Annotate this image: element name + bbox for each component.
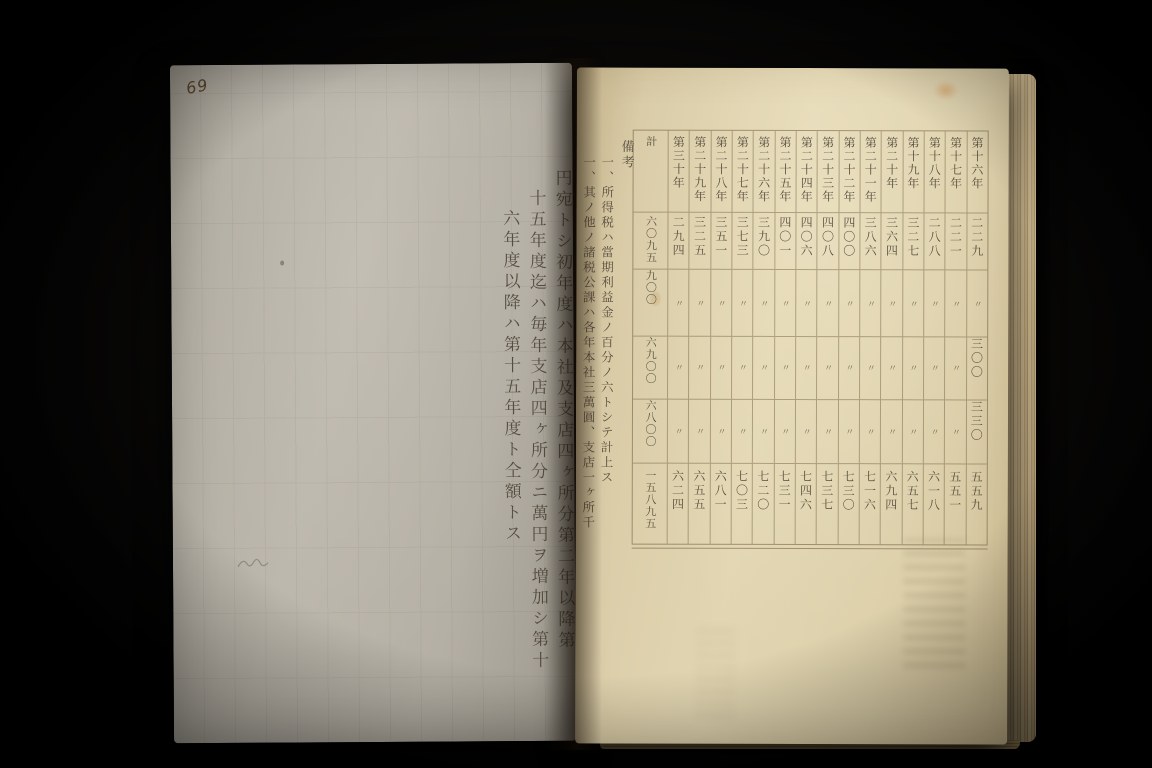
column-header: 第二十五年	[775, 131, 796, 213]
value-cell: 五五一	[945, 465, 966, 545]
ditto-cell: 〃	[881, 337, 901, 400]
value-cell: 四〇八	[818, 213, 838, 271]
value-cell: 三〇〇	[967, 337, 987, 400]
column-header: 第二十九年	[690, 131, 711, 213]
value-cell: 六五七	[902, 465, 923, 545]
column-header: 第二十年	[882, 131, 903, 213]
value-cell: 二二九	[967, 213, 987, 271]
column-header: 第十九年	[903, 131, 924, 213]
ditto-cell: 〃	[860, 400, 880, 465]
ditto-cell: 〃	[796, 270, 817, 337]
table-column: 第二十九年三二五〃〃〃六五五	[688, 131, 710, 544]
ditto-cell: 〃	[689, 399, 709, 464]
table-column: 第十八年二八八〃〃〃六一八	[923, 131, 945, 544]
ditto-cell: 〃	[689, 337, 709, 400]
column-header: 計	[634, 131, 668, 213]
ditto-cell: 〃	[796, 400, 816, 465]
table-column: 第二十六年三九〇〃〃〃七二〇	[752, 131, 774, 544]
remarks-column: 備考 一、所得税ハ當期利益金ノ百分ノ六トシテ計上ス 一、其ノ他ノ諸税公課ハ各年本…	[577, 139, 635, 743]
ditto-cell: 〃	[775, 337, 795, 400]
value-cell: 七三七	[817, 464, 838, 544]
ditto-cell: 〃	[775, 400, 795, 465]
ditto-cell: 〃	[668, 399, 688, 464]
value-cell: 六九四	[881, 465, 902, 545]
ditto-cell: 〃	[839, 400, 859, 465]
column-header: 第二十六年	[754, 131, 775, 213]
table-column: 第二十三年四〇八〃〃〃七三七	[816, 131, 838, 544]
ditto-cell: 〃	[753, 337, 773, 400]
column-header: 第十七年	[946, 131, 967, 213]
photo-background: 69 円宛トシ初年度ハ本社及支店四ヶ所分第二年以降第 十五年度迄ハ毎年支店四ヶ所…	[0, 0, 1152, 768]
ditto-cell: 〃	[882, 271, 903, 338]
column-header: 第二十八年	[711, 131, 732, 213]
ditto-cell: 〃	[903, 400, 923, 465]
faint-stamp-smudge	[933, 80, 959, 100]
book-fore-edge-pages	[1004, 74, 1036, 742]
ditto-cell: 〃	[668, 270, 689, 337]
note-line: 十五年度迄ハ毎年支店四ヶ所分ニ萬円ヲ増加シ第十	[522, 169, 552, 735]
value-cell: 四〇一	[775, 213, 795, 271]
value-cell: 四〇六	[796, 213, 816, 271]
value-cell: 九〇〇	[633, 270, 667, 337]
handwritten-note-left-page: 円宛トシ初年度ハ本社及支店四ヶ所分第二年以降第 十五年度迄ハ毎年支店四ヶ所分ニ萬…	[491, 169, 578, 736]
ditto-cell: 〃	[945, 400, 965, 465]
ditto-cell: 〃	[711, 270, 732, 337]
value-cell: 一五八九五	[633, 464, 667, 544]
ditto-cell: 〃	[668, 337, 688, 400]
value-cell: 七一六	[860, 465, 881, 545]
ditto-cell: 〃	[818, 270, 839, 337]
remarks-header: 備考	[614, 140, 634, 744]
ditto-cell: 〃	[711, 337, 731, 400]
value-cell: 七四六	[796, 464, 817, 544]
ditto-cell: 〃	[817, 400, 837, 465]
column-header: 第十六年	[967, 131, 988, 213]
value-cell: 三八六	[860, 213, 880, 271]
value-cell: 六九〇〇	[633, 337, 667, 400]
value-cell: 七三〇	[838, 464, 859, 544]
ditto-cell: 〃	[903, 337, 923, 400]
table-column: 第二十一年三八六〃〃〃七一六	[859, 131, 881, 544]
ditto-cell: 〃	[860, 271, 881, 338]
value-cell: 六五五	[689, 464, 710, 544]
ditto-cell: 〃	[732, 270, 753, 337]
value-cell: 三五一	[711, 212, 731, 270]
table-column: 第二十四年四〇六〃〃〃七四六	[795, 131, 817, 544]
value-cell: 六八一	[710, 464, 731, 544]
value-cell: 三三〇	[967, 400, 987, 465]
remark-line: 一、所得税ハ當期利益金ノ百分ノ六トシテ計上ス	[596, 139, 616, 743]
value-cell: 七〇三	[732, 464, 753, 544]
ditto-cell: 〃	[945, 337, 965, 400]
value-cell: 七二〇	[753, 464, 774, 544]
ditto-cell: 〃	[839, 270, 860, 337]
table-column: 第十六年二二九〃三〇〇三三〇五五九	[965, 131, 987, 544]
ditto-cell: 〃	[903, 271, 924, 338]
yearly-figures-table: 第十六年二二九〃三〇〇三三〇五五九第十七年二二一〃〃〃五五一第十八年二八八〃〃〃…	[632, 130, 989, 546]
ditto-cell: 〃	[754, 270, 775, 337]
remark-line: 一、其ノ他ノ諸税公課ハ各年本社三萬圓、支店一ヶ所千	[578, 139, 598, 743]
column-header: 第二十一年	[861, 131, 882, 213]
value-cell: 六一八	[924, 465, 945, 545]
column-header: 第十八年	[925, 131, 946, 213]
table-column: 第二十七年三七三〃〃〃七〇三	[731, 131, 753, 544]
value-cell: 三二七	[903, 213, 923, 271]
column-header: 第二十三年	[818, 131, 839, 213]
ditto-cell: 〃	[796, 337, 816, 400]
ditto-cell: 〃	[753, 400, 773, 465]
value-cell: 三七三	[732, 212, 752, 270]
value-cell: 五五九	[966, 465, 987, 545]
page-number: 69	[185, 75, 210, 98]
note-line: 円宛トシ初年度ハ本社及支店四ヶ所分第二年以降第	[548, 169, 578, 735]
ink-bleed-through	[695, 628, 735, 718]
value-cell: 二二一	[946, 213, 966, 271]
value-cell: 二八八	[924, 213, 944, 271]
table-column: 第二十五年四〇一〃〃〃七三一	[773, 131, 795, 544]
ditto-cell: 〃	[817, 337, 837, 400]
table-column: 第二十八年三五一〃〃〃六八一	[709, 131, 731, 544]
value-cell: 三六四	[882, 213, 902, 271]
ditto-cell: 〃	[775, 270, 796, 337]
table-column: 第二十二年四〇〇〃〃〃七三〇	[837, 131, 859, 544]
value-cell: 二九四	[668, 212, 688, 270]
column-header: 第二十四年	[797, 131, 818, 213]
ditto-cell: 〃	[690, 270, 711, 337]
ditto-cell: 〃	[924, 337, 944, 400]
value-cell: 三九〇	[754, 213, 774, 271]
value-cell: 六八〇〇	[633, 399, 667, 464]
ditto-cell: 〃	[860, 337, 880, 400]
column-header: 第三十年	[669, 131, 690, 213]
ditto-cell: 〃	[967, 271, 988, 338]
value-cell: 六二四	[668, 464, 689, 544]
ditto-cell: 〃	[732, 337, 752, 400]
ditto-cell: 〃	[711, 399, 731, 464]
table-column: 第三十年二九四〃〃〃六二四	[667, 131, 689, 544]
table-column: 第十七年二二一〃〃〃五五一	[944, 131, 966, 544]
right-page: 第十六年二二九〃三〇〇三三〇五五九第十七年二二一〃〃〃五五一第十八年二八八〃〃〃…	[575, 67, 1009, 744]
value-cell: 三二五	[690, 212, 710, 270]
table-column: 計六〇九五九〇〇六九〇〇六八〇〇一五八九五	[633, 131, 668, 544]
ditto-cell: 〃	[881, 400, 901, 465]
table-column: 第二十年三六四〃〃〃六九四	[880, 131, 902, 544]
column-header: 第二十七年	[733, 131, 754, 213]
note-line: 六年度以降ハ第十五年度ト仝額トス	[496, 169, 526, 735]
value-cell: 六〇九五	[633, 212, 667, 270]
value-cell: 七三一	[774, 464, 795, 544]
column-header: 第二十二年	[839, 131, 860, 213]
ditto-cell: 〃	[924, 400, 944, 465]
ink-bleed-through	[903, 538, 965, 668]
table-column: 第十九年三二七〃〃〃六五七	[901, 131, 923, 544]
paper-speck	[280, 261, 284, 266]
ditto-cell: 〃	[732, 400, 752, 465]
ditto-cell: 〃	[839, 337, 859, 400]
value-cell: 四〇〇	[839, 213, 859, 271]
pencil-scribble	[235, 553, 275, 575]
ditto-cell: 〃	[946, 271, 967, 338]
left-page: 69 円宛トシ初年度ハ本社及支店四ヶ所分第二年以降第 十五年度迄ハ毎年支店四ヶ所…	[170, 63, 576, 743]
ditto-cell: 〃	[924, 271, 945, 338]
